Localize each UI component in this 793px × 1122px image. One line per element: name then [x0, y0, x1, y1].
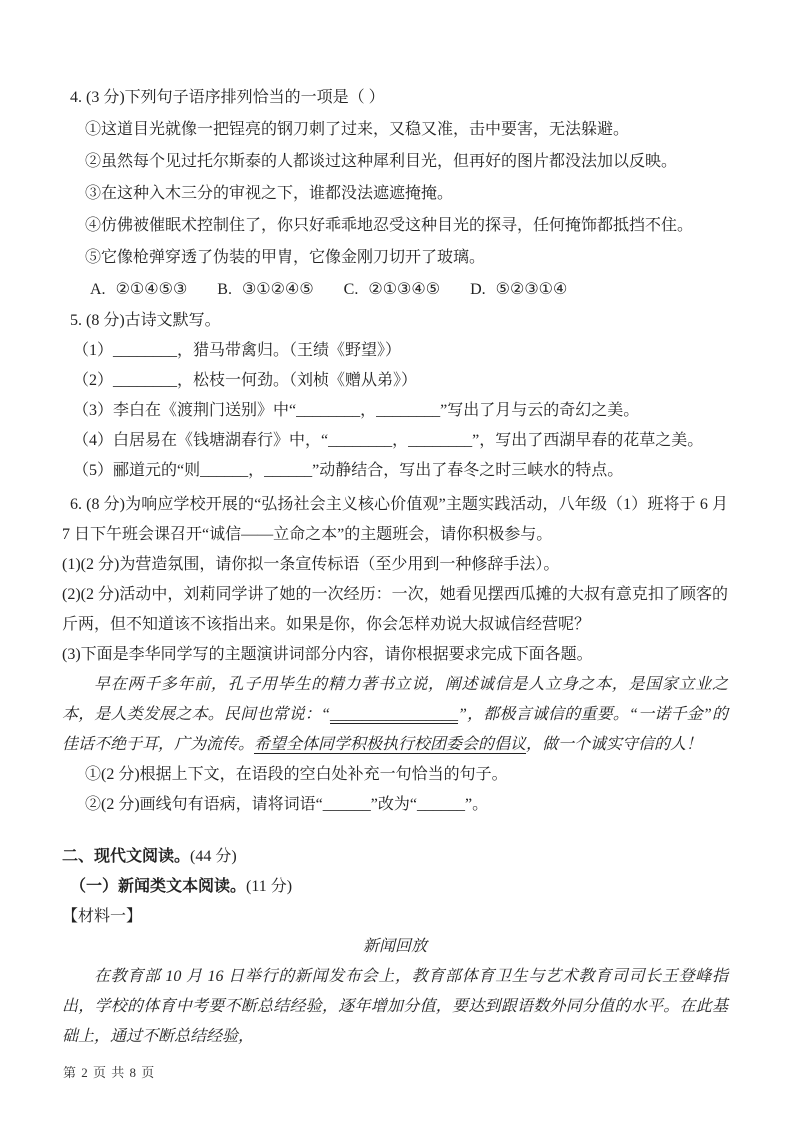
section-2-1-heading-score: (11 分): [246, 878, 292, 895]
section-2: 二、现代文阅读。(44 分) （一）新闻类文本阅读。(11 分) 【材料一】 新…: [62, 842, 728, 1052]
option-d-value: ⑤②③①④: [496, 281, 568, 298]
question-5-item-2: （2）________，松枝一何劲。（刘桢《赠从弟》）: [62, 366, 728, 396]
question-4: 4. (3 分)下列句子语序排列恰当的一项是（ ） ①这道目光就像一把锃亮的钢刀…: [62, 82, 728, 306]
option-b-value: ③①②④⑤: [242, 281, 314, 298]
question-5-item-4: （4）白居易在《钱塘湖春行》中，“________，________”，写出了西…: [62, 426, 728, 456]
question-5-item-3: （3）李白在《渡荆门送别》中“________，________”写出了月与云的…: [62, 396, 728, 426]
question-6-sub3-q1: ①(2 分)根据上下文，在语段的空白处补充一句恰当的句子。: [62, 760, 728, 790]
question-4-item-4: ④仿佛被催眠术控制住了，你只好乖乖地忍受这种目光的探寻，任何掩饰都抵挡不住。: [62, 210, 728, 242]
speech-paragraph: 早在两千多年前，孔子用毕生的精力著书立说，阐述诚信是人立身之本，是国家立业之本，…: [62, 670, 728, 760]
page-footer: 第 2 页 共 8 页: [63, 1062, 155, 1081]
section-2-heading: 二、现代文阅读。(44 分): [62, 842, 728, 872]
underlined-sentence: 希望全体同学积极执行校团委会的倡议: [254, 736, 526, 753]
option-c-label: C.: [344, 281, 359, 298]
question-4-item-5: ⑤它像枪弹穿透了伪装的甲胄，它像金刚刀切开了玻璃。: [62, 242, 728, 274]
option-b-label: B.: [217, 281, 232, 298]
option-a-label: A.: [90, 281, 106, 298]
section-2-heading-text: 二、现代文阅读。: [62, 848, 190, 865]
question-6-sub-2: (2)(2 分)活动中，刘莉同学讲了她的一次经历：一次，她看见摆西瓜摊的大叔有意…: [62, 580, 728, 640]
option-d: D.⑤②③①④: [470, 274, 567, 306]
question-6-stem: 6. (8 分)为响应学校开展的“弘扬社会主义核心价值观”主题实践活动，八年级（…: [62, 490, 728, 550]
question-6-sub3-q2: ②(2 分)画线句有语病，请将词语“______”改为“______”。: [62, 790, 728, 820]
material-1-label: 【材料一】: [62, 902, 728, 932]
option-c: C.②①③④⑤: [344, 274, 440, 306]
section-2-1-heading: （一）新闻类文本阅读。(11 分): [62, 872, 728, 902]
exam-page: 4. (3 分)下列句子语序排列恰当的一项是（ ） ①这道目光就像一把锃亮的钢刀…: [0, 0, 793, 1122]
option-d-label: D.: [470, 281, 486, 298]
section-2-heading-score: (44 分): [190, 848, 237, 865]
option-a-value: ②①④⑤③: [116, 281, 188, 298]
question-4-stem: 4. (3 分)下列句子语序排列恰当的一项是（ ）: [62, 82, 728, 114]
question-5-item-5: （5）郦道元的“则______，______”动静结合，写出了春冬之时三峡水的特…: [62, 456, 728, 486]
option-c-value: ②①③④⑤: [368, 281, 440, 298]
speech-text-3: ，做一个诚实守信的人！: [526, 736, 702, 753]
material-1-title: 新闻回放: [62, 932, 728, 962]
option-b: B.③①②④⑤: [217, 274, 313, 306]
question-4-item-1: ①这道目光就像一把锃亮的钢刀刺了过来，又稳又准，击中要害，无法躲避。: [62, 114, 728, 146]
question-4-item-3: ③在这种入木三分的审视之下，谁都没法遮遮掩掩。: [62, 178, 728, 210]
option-a: A.②①④⑤③: [90, 274, 187, 306]
question-4-item-2: ②虽然每个见过托尔斯泰的人都谈过这种犀利目光，但再好的图片都没法加以反映。: [62, 146, 728, 178]
question-5-item-1: （1）________，猎马带禽归。（王绩《野望》）: [62, 336, 728, 366]
question-6-sub-3-intro: (3)下面是李华同学写的主题演讲词部分内容，请你根据要求完成下面各题。: [62, 640, 728, 670]
speech-blank: ________________: [330, 706, 458, 723]
question-4-options: A.②①④⑤③ B.③①②④⑤ C.②①③④⑤ D.⑤②③①④: [62, 274, 728, 306]
material-1-text: 在教育部 10 月 16 日举行的新闻发布会上，教育部体育卫生与艺术教育司司长王…: [62, 962, 728, 1052]
page-content: 4. (3 分)下列句子语序排列恰当的一项是（ ） ①这道目光就像一把锃亮的钢刀…: [62, 82, 728, 1052]
section-2-1-heading-text: （一）新闻类文本阅读。: [70, 878, 246, 895]
question-6: 6. (8 分)为响应学校开展的“弘扬社会主义核心价值观”主题实践活动，八年级（…: [62, 490, 728, 820]
question-5: 5. (8 分)古诗文默写。 （1）________，猎马带禽归。（王绩《野望》…: [62, 306, 728, 486]
question-6-sub-1: (1)(2 分)为营造氛围，请你拟一条宣传标语（至少用到一种修辞手法）。: [62, 550, 728, 580]
question-5-stem: 5. (8 分)古诗文默写。: [62, 306, 728, 336]
